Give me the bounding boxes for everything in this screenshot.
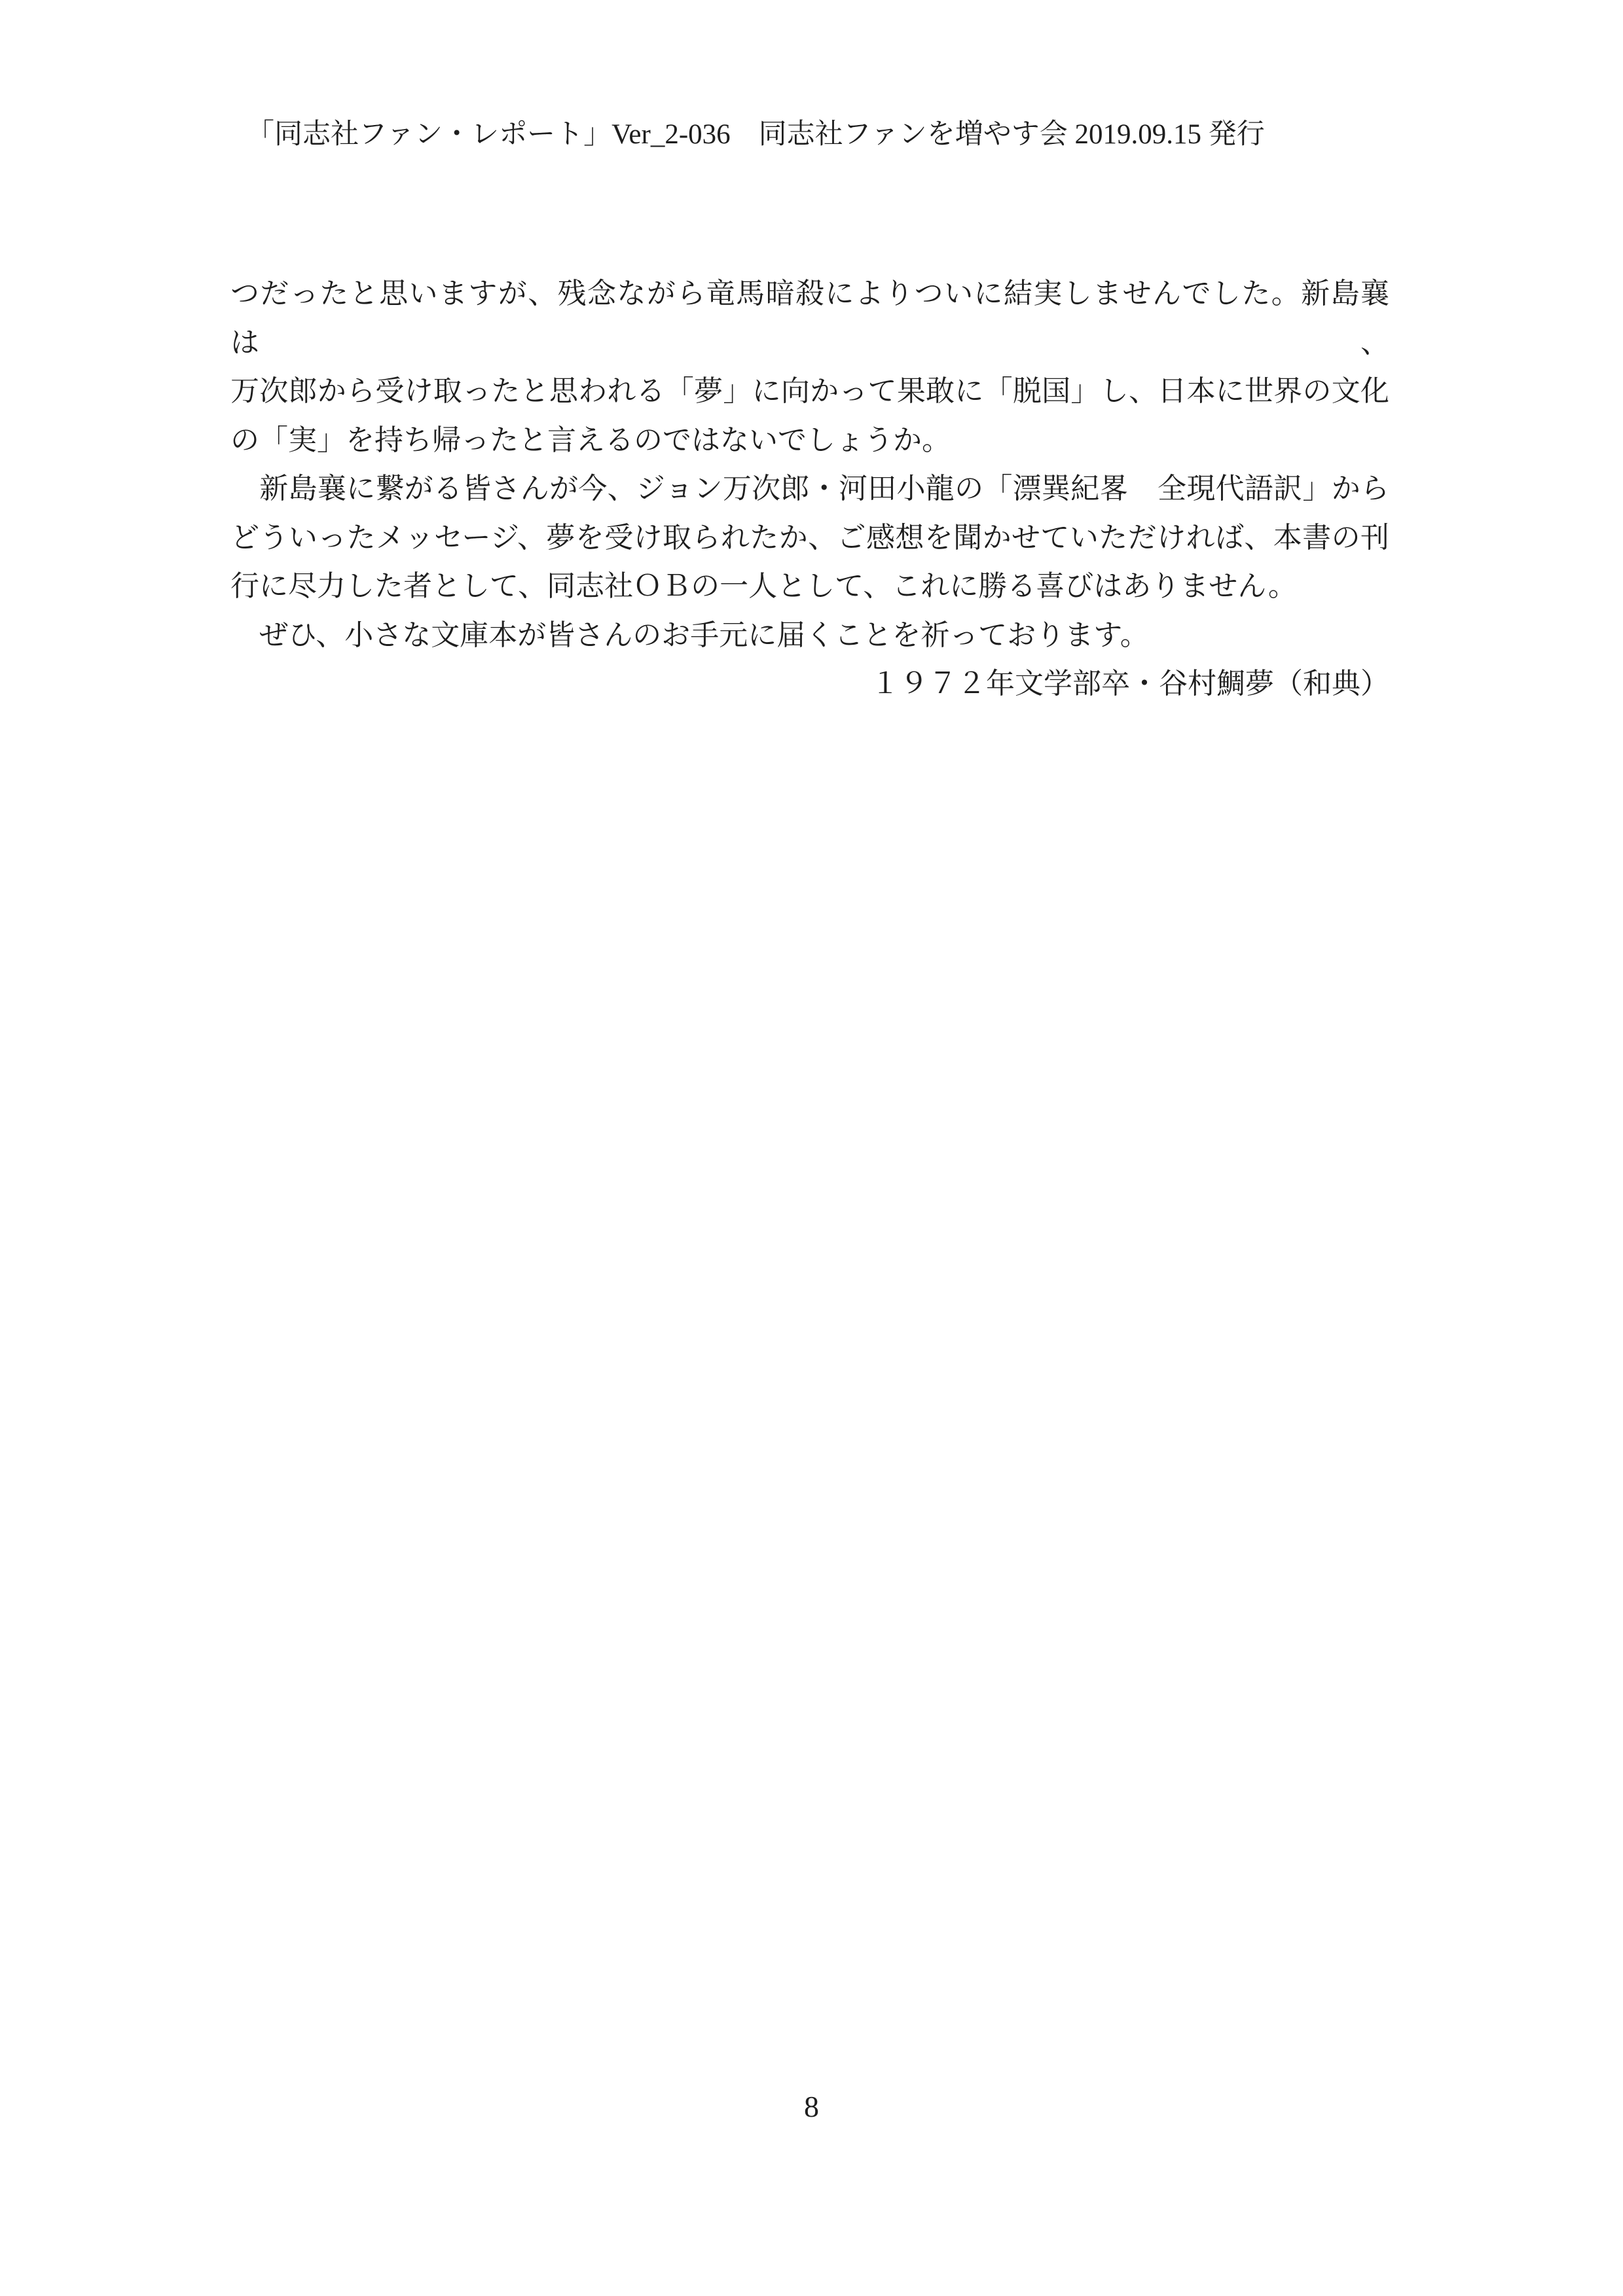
signature-line: １９７２年文学部卒・谷村鯛夢（和典） (230, 660, 1389, 709)
text-line: 万次郎から受け取ったと思われる「夢」に向かって果敢に「脱国」し、日本に世界の文化 (230, 367, 1389, 416)
text-line: の「実」を持ち帰ったと言えるのではないでしょうか。 (230, 416, 1389, 465)
text-line: つだったと思いますが、残念ながら竜馬暗殺によりついに結実しませんでした。新島襄は… (230, 270, 1389, 367)
text-line: ぜひ、小さな文庫本が皆さんのお手元に届くことを祈っております。 (230, 611, 1389, 660)
page-number: 8 (0, 2090, 1623, 2123)
paragraph: つだったと思いますが、残念ながら竜馬暗殺によりついに結実しませんでした。新島襄は… (230, 270, 1389, 465)
page-header: 「同志社ファン・レポート」Ver_2-036 同志社ファンを増やす会 2019.… (246, 118, 1265, 152)
paragraph-signature: １９７２年文学部卒・谷村鯛夢（和典） (230, 660, 1389, 709)
text-line: どういったメッセージ、夢を受け取られたか、ご感想を聞かせていただければ、本書の刊 (230, 514, 1389, 563)
text-line: 行に尽力した者として、同志社ＯＢの一人として、これに勝る喜びはありません。 (230, 562, 1389, 611)
paragraph: 新島襄に繋がる皆さんが今、ジョン万次郎・河田小龍の「漂巽紀畧 全現代語訳」から … (230, 465, 1389, 611)
body-text: つだったと思いますが、残念ながら竜馬暗殺によりついに結実しませんでした。新島襄は… (230, 270, 1389, 709)
document-page: 「同志社ファン・レポート」Ver_2-036 同志社ファンを増やす会 2019.… (0, 0, 1623, 2296)
text-line: 新島襄に繋がる皆さんが今、ジョン万次郎・河田小龍の「漂巽紀畧 全現代語訳」から (230, 465, 1389, 514)
paragraph: ぜひ、小さな文庫本が皆さんのお手元に届くことを祈っております。 (230, 611, 1389, 660)
